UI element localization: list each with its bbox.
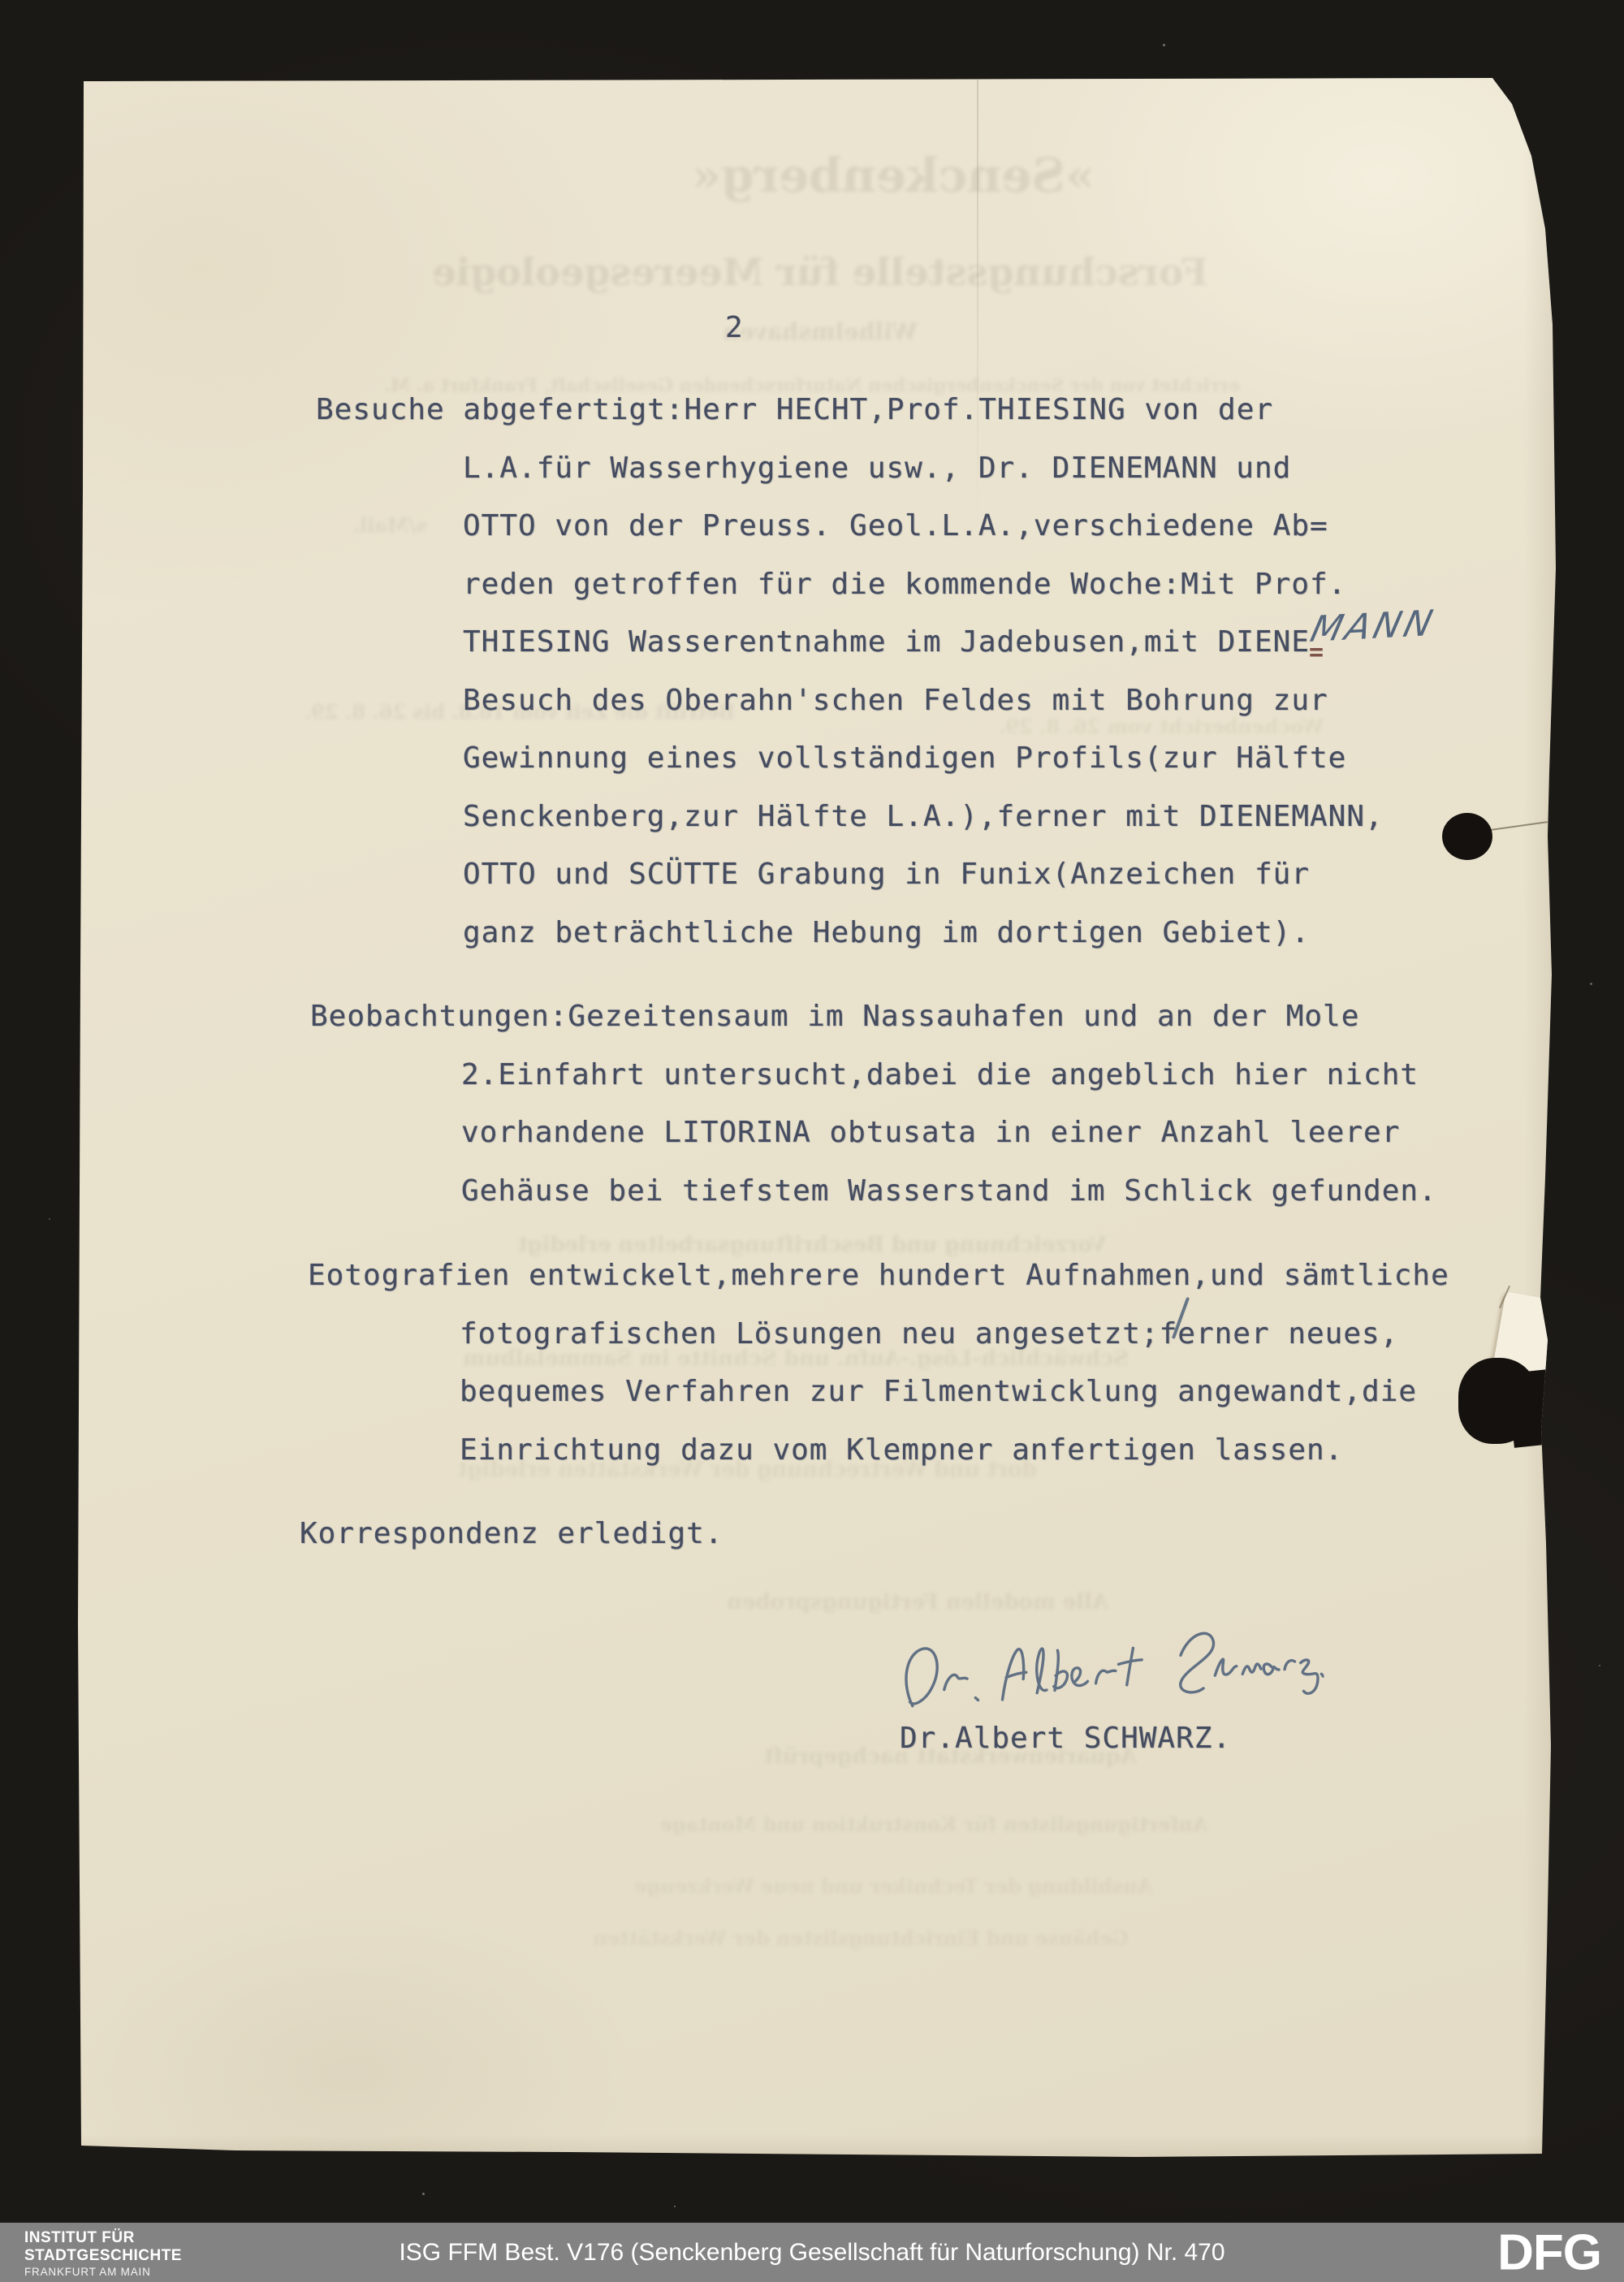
archive-scan-viewport: »Senckenberg«Forschungsstelle für Meeres… [0, 0, 1624, 2282]
typed-line: bequemes Verfahren zur Filmentwicklung a… [460, 1377, 1417, 1407]
bleedthrough-text: »Senckenberg« [692, 148, 1095, 203]
signature-handwritten [891, 1611, 1326, 1735]
archive-reference-caption: ISG FFM Best. V176 (Senckenberg Gesellsc… [399, 2239, 1224, 2267]
bleedthrough-text: Anfertigungslisten für Konstruktion und … [659, 1813, 1207, 1836]
typed-line: Gewinnung eines vollständigen Profils(zu… [463, 744, 1346, 773]
bleedthrough-text: Wochenbericht vom 26. 8. 29. [999, 715, 1324, 738]
punch-hole [1442, 813, 1492, 860]
typed-line: OTTO von der Preuss. Geol.L.A.,verschied… [463, 512, 1328, 541]
document-page: »Senckenberg«Forschungsstelle für Meeres… [0, 0, 1624, 2282]
typed-line: vorhandene LITORINA obtusata in einer An… [461, 1118, 1400, 1147]
typed-line: Besuch des Oberahn'schen Feldes mit Bohr… [463, 686, 1328, 715]
bleedthrough-text: Gehäuse und Einrichtungslisten der Werks… [593, 1926, 1129, 1950]
typed-line: L.A.für Wasserhygiene usw., Dr. DIENEMAN… [463, 454, 1291, 483]
dfg-logo: DFG [1497, 2224, 1601, 2281]
dust-speck [674, 2206, 676, 2207]
dust-speck [1599, 1665, 1600, 1666]
handwritten-insert-mann: MANN [1307, 603, 1440, 650]
typed-line: Einrichtung dazu vom Klempner anfertigen… [460, 1436, 1343, 1465]
typed-line: OTTO und SCÜTTE Grabung in Funix(Anzeich… [463, 860, 1310, 889]
institute-logo-line1: INSTITUT FÜR [24, 2230, 182, 2245]
typed-line: Korrespondenz erledigt. [300, 1519, 723, 1549]
paper-edge-shading [73, 2134, 1551, 2159]
bleedthrough-text: Wilhelmshaven [723, 318, 917, 345]
typed-line: THIESING Wasserentnahme im Jadebusen,mit… [463, 628, 1310, 657]
dust-speck [422, 2193, 425, 2195]
typed-overstrike-mark: = [1309, 638, 1324, 667]
paper-edge-shading [1523, 73, 1561, 2160]
dust-speck [1163, 44, 1165, 46]
typed-line: 2.Einfahrt untersucht,dabei die angeblic… [461, 1061, 1419, 1090]
archive-footer-bar: INSTITUT FÜR STADTGESCHICHTE FRANKFURT A… [0, 2223, 1624, 2282]
dust-speck [49, 1218, 50, 1220]
bleedthrough-text: s/Mail. [353, 513, 427, 537]
dust-speck [1590, 983, 1592, 985]
bleedthrough-text: Alle modellen Fertigungsproben [727, 1590, 1108, 1614]
bleedthrough-text: Forschungsstelle für Meeresgeologie [432, 250, 1208, 294]
typed-line: Senckenberg,zur Hälfte L.A.),ferner mit … [463, 802, 1384, 832]
typed-line: reden getroffen für die kommende Woche:M… [463, 570, 1346, 599]
institute-logo: INSTITUT FÜR STADTGESCHICHTE FRANKFURT A… [24, 2230, 182, 2278]
typed-line: ganz beträchtliche Hebung im dortigen Ge… [463, 918, 1310, 948]
typed-line: fotografischen Lösungen neu angesetzt;fe… [460, 1320, 1398, 1349]
typed-line: Beobachtungen:Gezeitensaum im Nassauhafe… [310, 1002, 1359, 1031]
typed-line: Gehäuse bei tiefstem Wasserstand im Schl… [461, 1177, 1437, 1206]
bleedthrough-text: Ausbildung der Techniker und neue Werkze… [634, 1874, 1152, 1898]
institute-logo-line3: FRANKFURT AM MAIN [24, 2267, 182, 2278]
typed-line: Besuche abgefertigt:Herr HECHT,Prof.THIE… [316, 395, 1273, 425]
institute-logo-line2: STADTGESCHICHTE [24, 2248, 182, 2263]
bleedthrough-text: Vorzeichnung und Beschriftungsarbeiten e… [517, 1233, 1107, 1257]
typed-line: Eotografien entwickelt,mehrere hundert A… [308, 1261, 1449, 1290]
signature-typed: Dr.Albert SCHWARZ. [900, 1724, 1231, 1753]
page-number: 2 [725, 311, 743, 344]
